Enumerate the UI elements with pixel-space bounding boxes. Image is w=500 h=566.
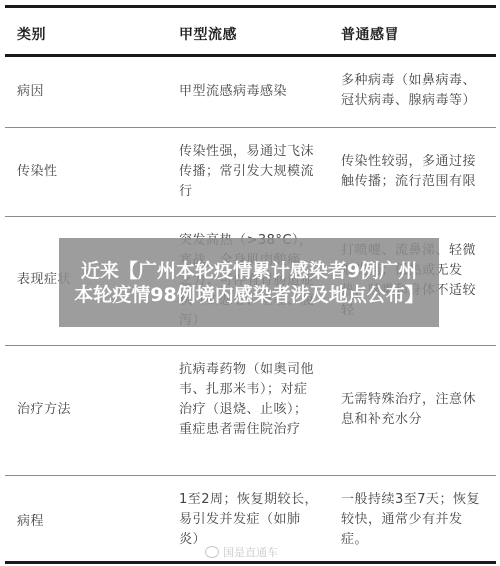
- row-course-category: 病程: [17, 512, 157, 532]
- row-cause-flu-a: 甲型流感病毒感染: [179, 82, 319, 102]
- weibo-icon: [205, 546, 219, 558]
- headline-overlay: 近来【广州本轮疫情累计感染者9例广州本轮疫情98例境内感染者涉及地点公布】: [59, 238, 439, 327]
- row-cause-category: 病因: [17, 82, 157, 102]
- watermark-text: 国是直通车: [223, 544, 278, 560]
- comparison-table: 类别 甲型流感 普通感冒 病因 甲型流感病毒感染 多种病毒（如鼻病毒、冠状病毒、…: [0, 0, 500, 566]
- row-course-common-cold: 一般持续3至7天；恢复较快，通常少有并发症。: [341, 490, 486, 550]
- row-treatment-flu-a: 抗病毒药物（如奥司他韦、扎那米韦）；对症治疗（退烧、止咳）；重症患者需住院治疗: [179, 360, 319, 440]
- row-divider: [5, 345, 496, 346]
- table-top-rule: [5, 5, 496, 8]
- row-divider: [5, 216, 496, 217]
- row-treatment-category: 治疗方法: [17, 400, 157, 420]
- header-category: 类别: [17, 24, 157, 44]
- header-flu-a: 甲型流感: [179, 24, 319, 44]
- row-divider: [5, 127, 496, 128]
- watermark: 国是直通车: [205, 544, 278, 560]
- header-bottom-rule: [5, 54, 496, 57]
- table-bottom-rule: [5, 561, 496, 564]
- row-contagion-common-cold: 传染性较弱，多通过接触传播；流行范围有限: [341, 152, 486, 192]
- row-divider: [5, 475, 496, 476]
- headline-title: 近来【广州本轮疫情累计感染者9例广州本轮疫情98例境内感染者涉及地点公布】: [74, 259, 424, 307]
- row-cause-common-cold: 多种病毒（如鼻病毒、冠状病毒、腺病毒等）: [341, 71, 486, 111]
- row-treatment-common-cold: 无需特殊治疗，注意休息和补充水分: [341, 390, 486, 430]
- row-contagion-flu-a: 传染性强，易通过飞沫传播；常引发大规模流行: [179, 142, 319, 202]
- header-common-cold: 普通感冒: [341, 24, 486, 44]
- row-contagion-category: 传染性: [17, 162, 157, 182]
- row-course-flu-a: 1至2周；恢复期较长，易引发并发症（如肺炎）: [179, 490, 319, 550]
